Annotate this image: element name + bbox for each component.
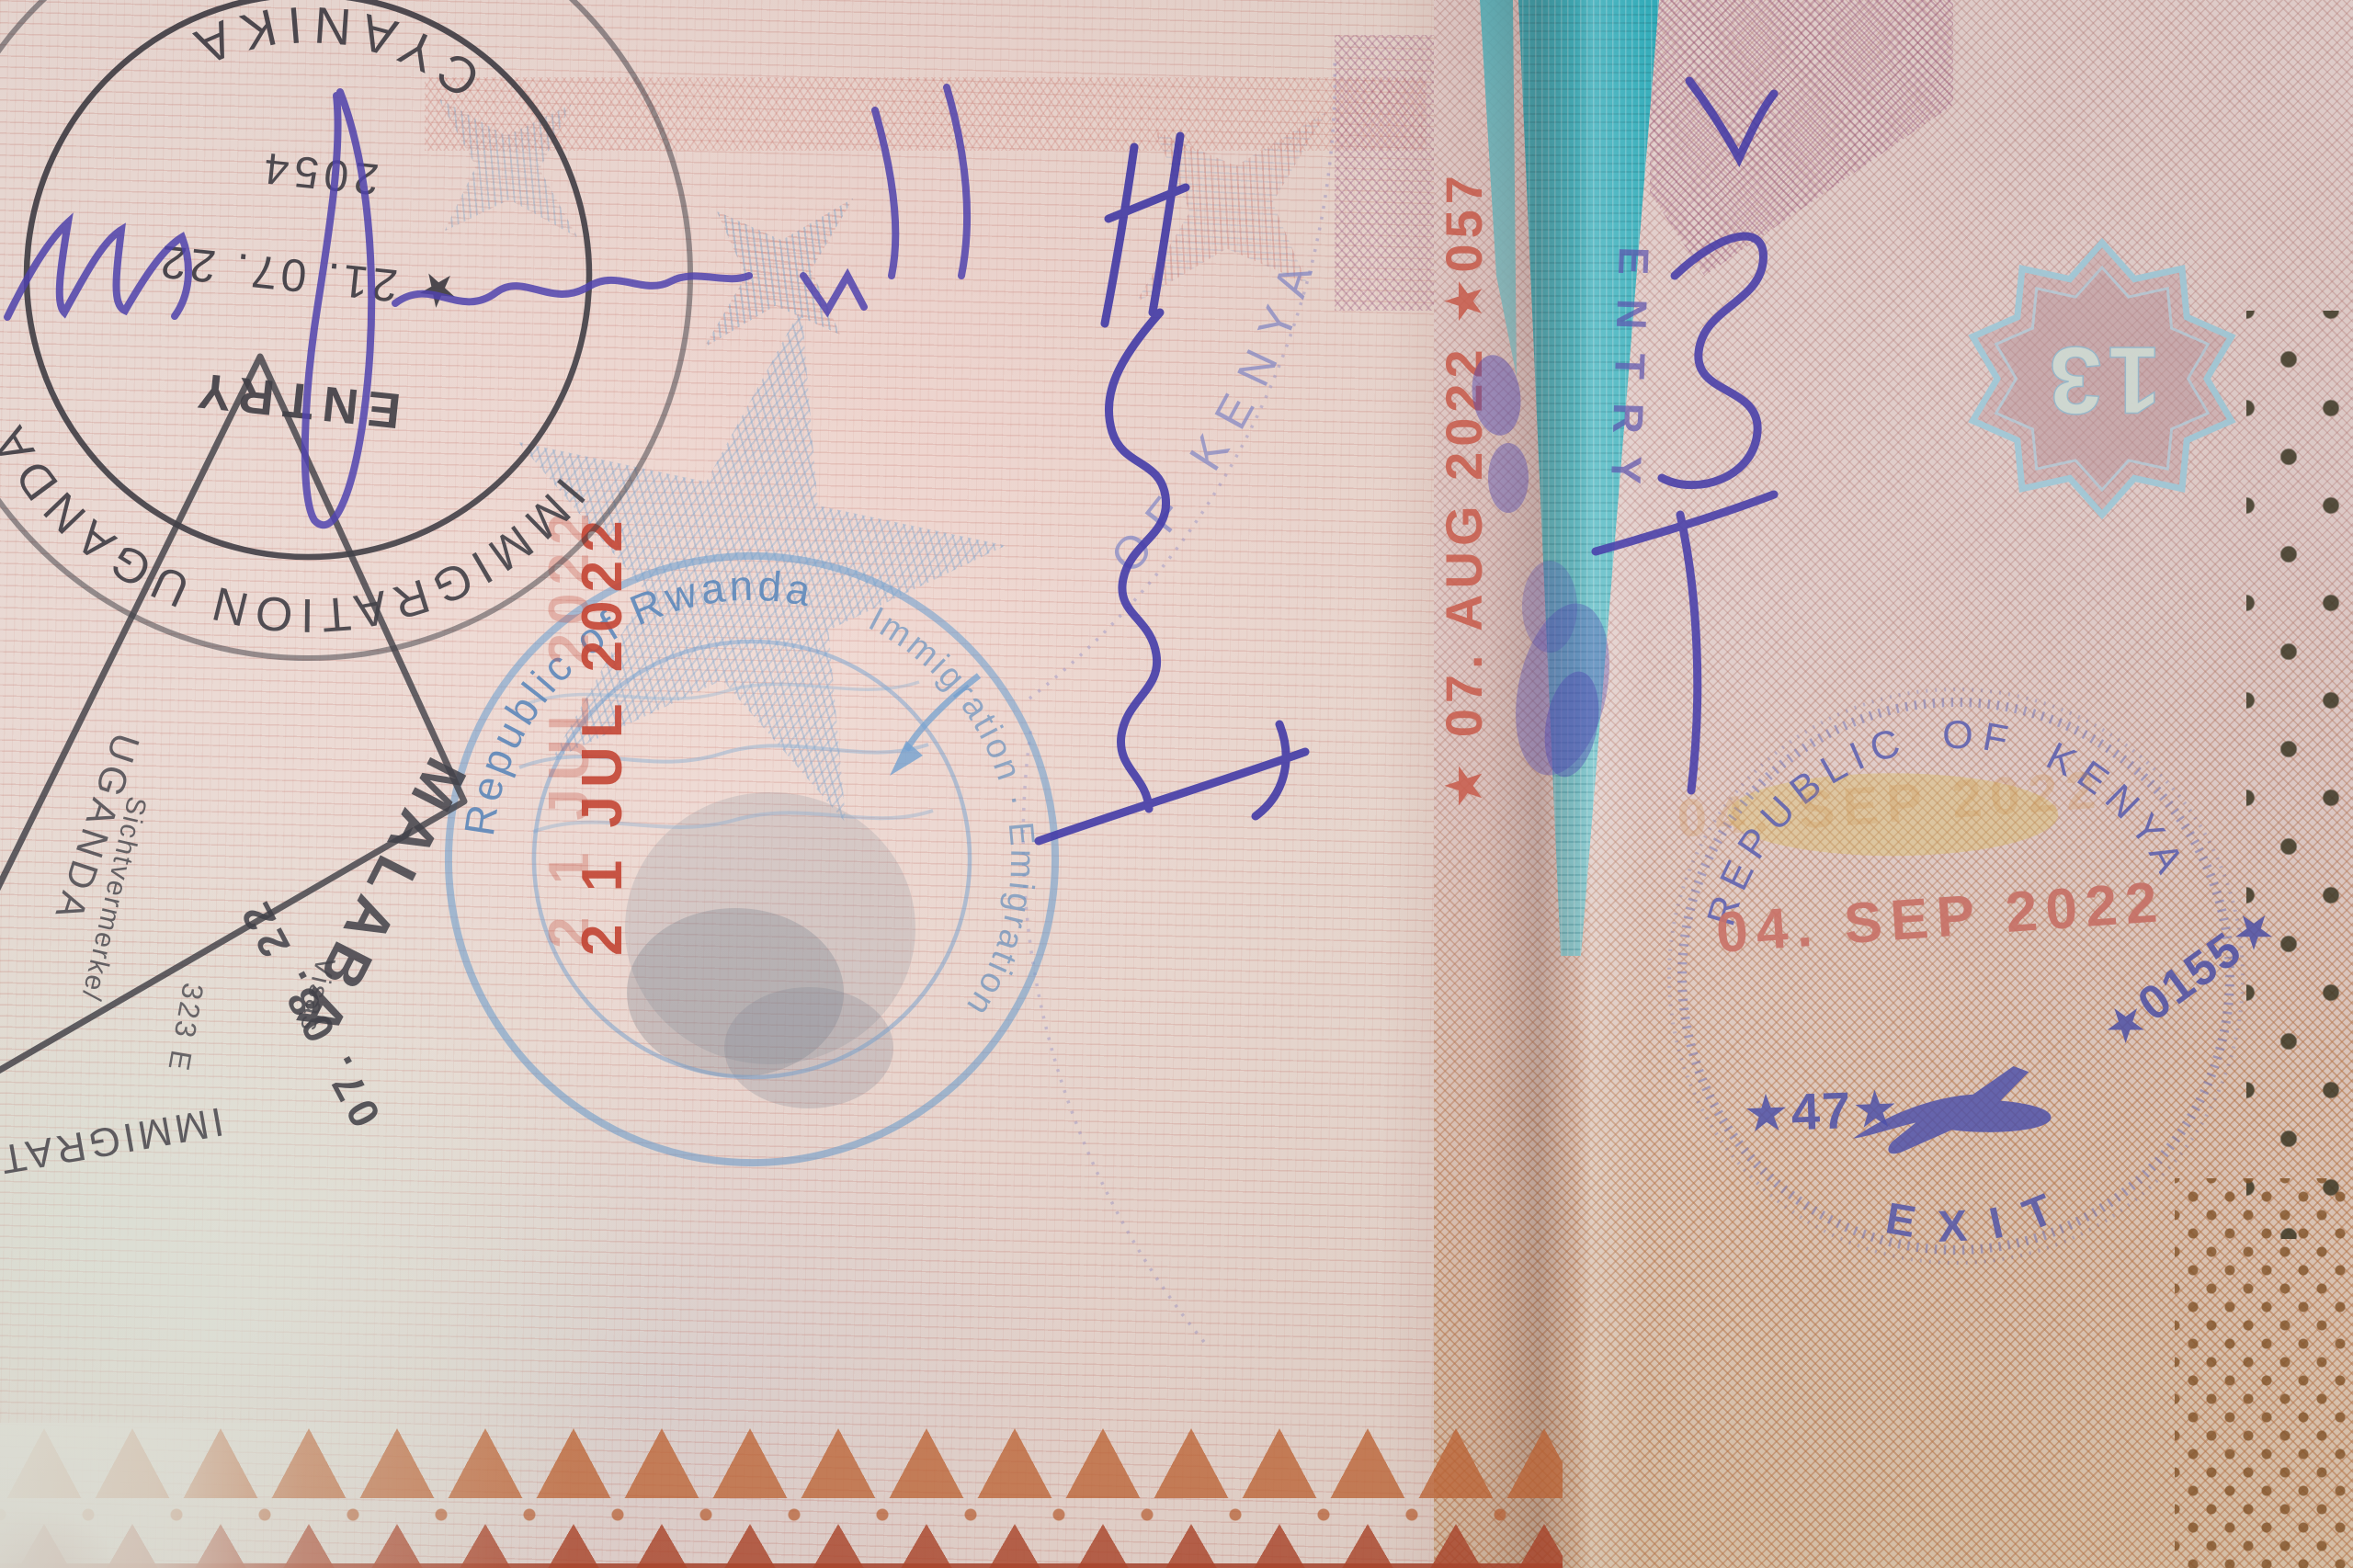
passport-page-photo: OF KENYA ★ 07. AUG 2022 ★057 ENTRY Repub… [0, 0, 2353, 1568]
photo-vignette [0, 0, 2353, 1568]
